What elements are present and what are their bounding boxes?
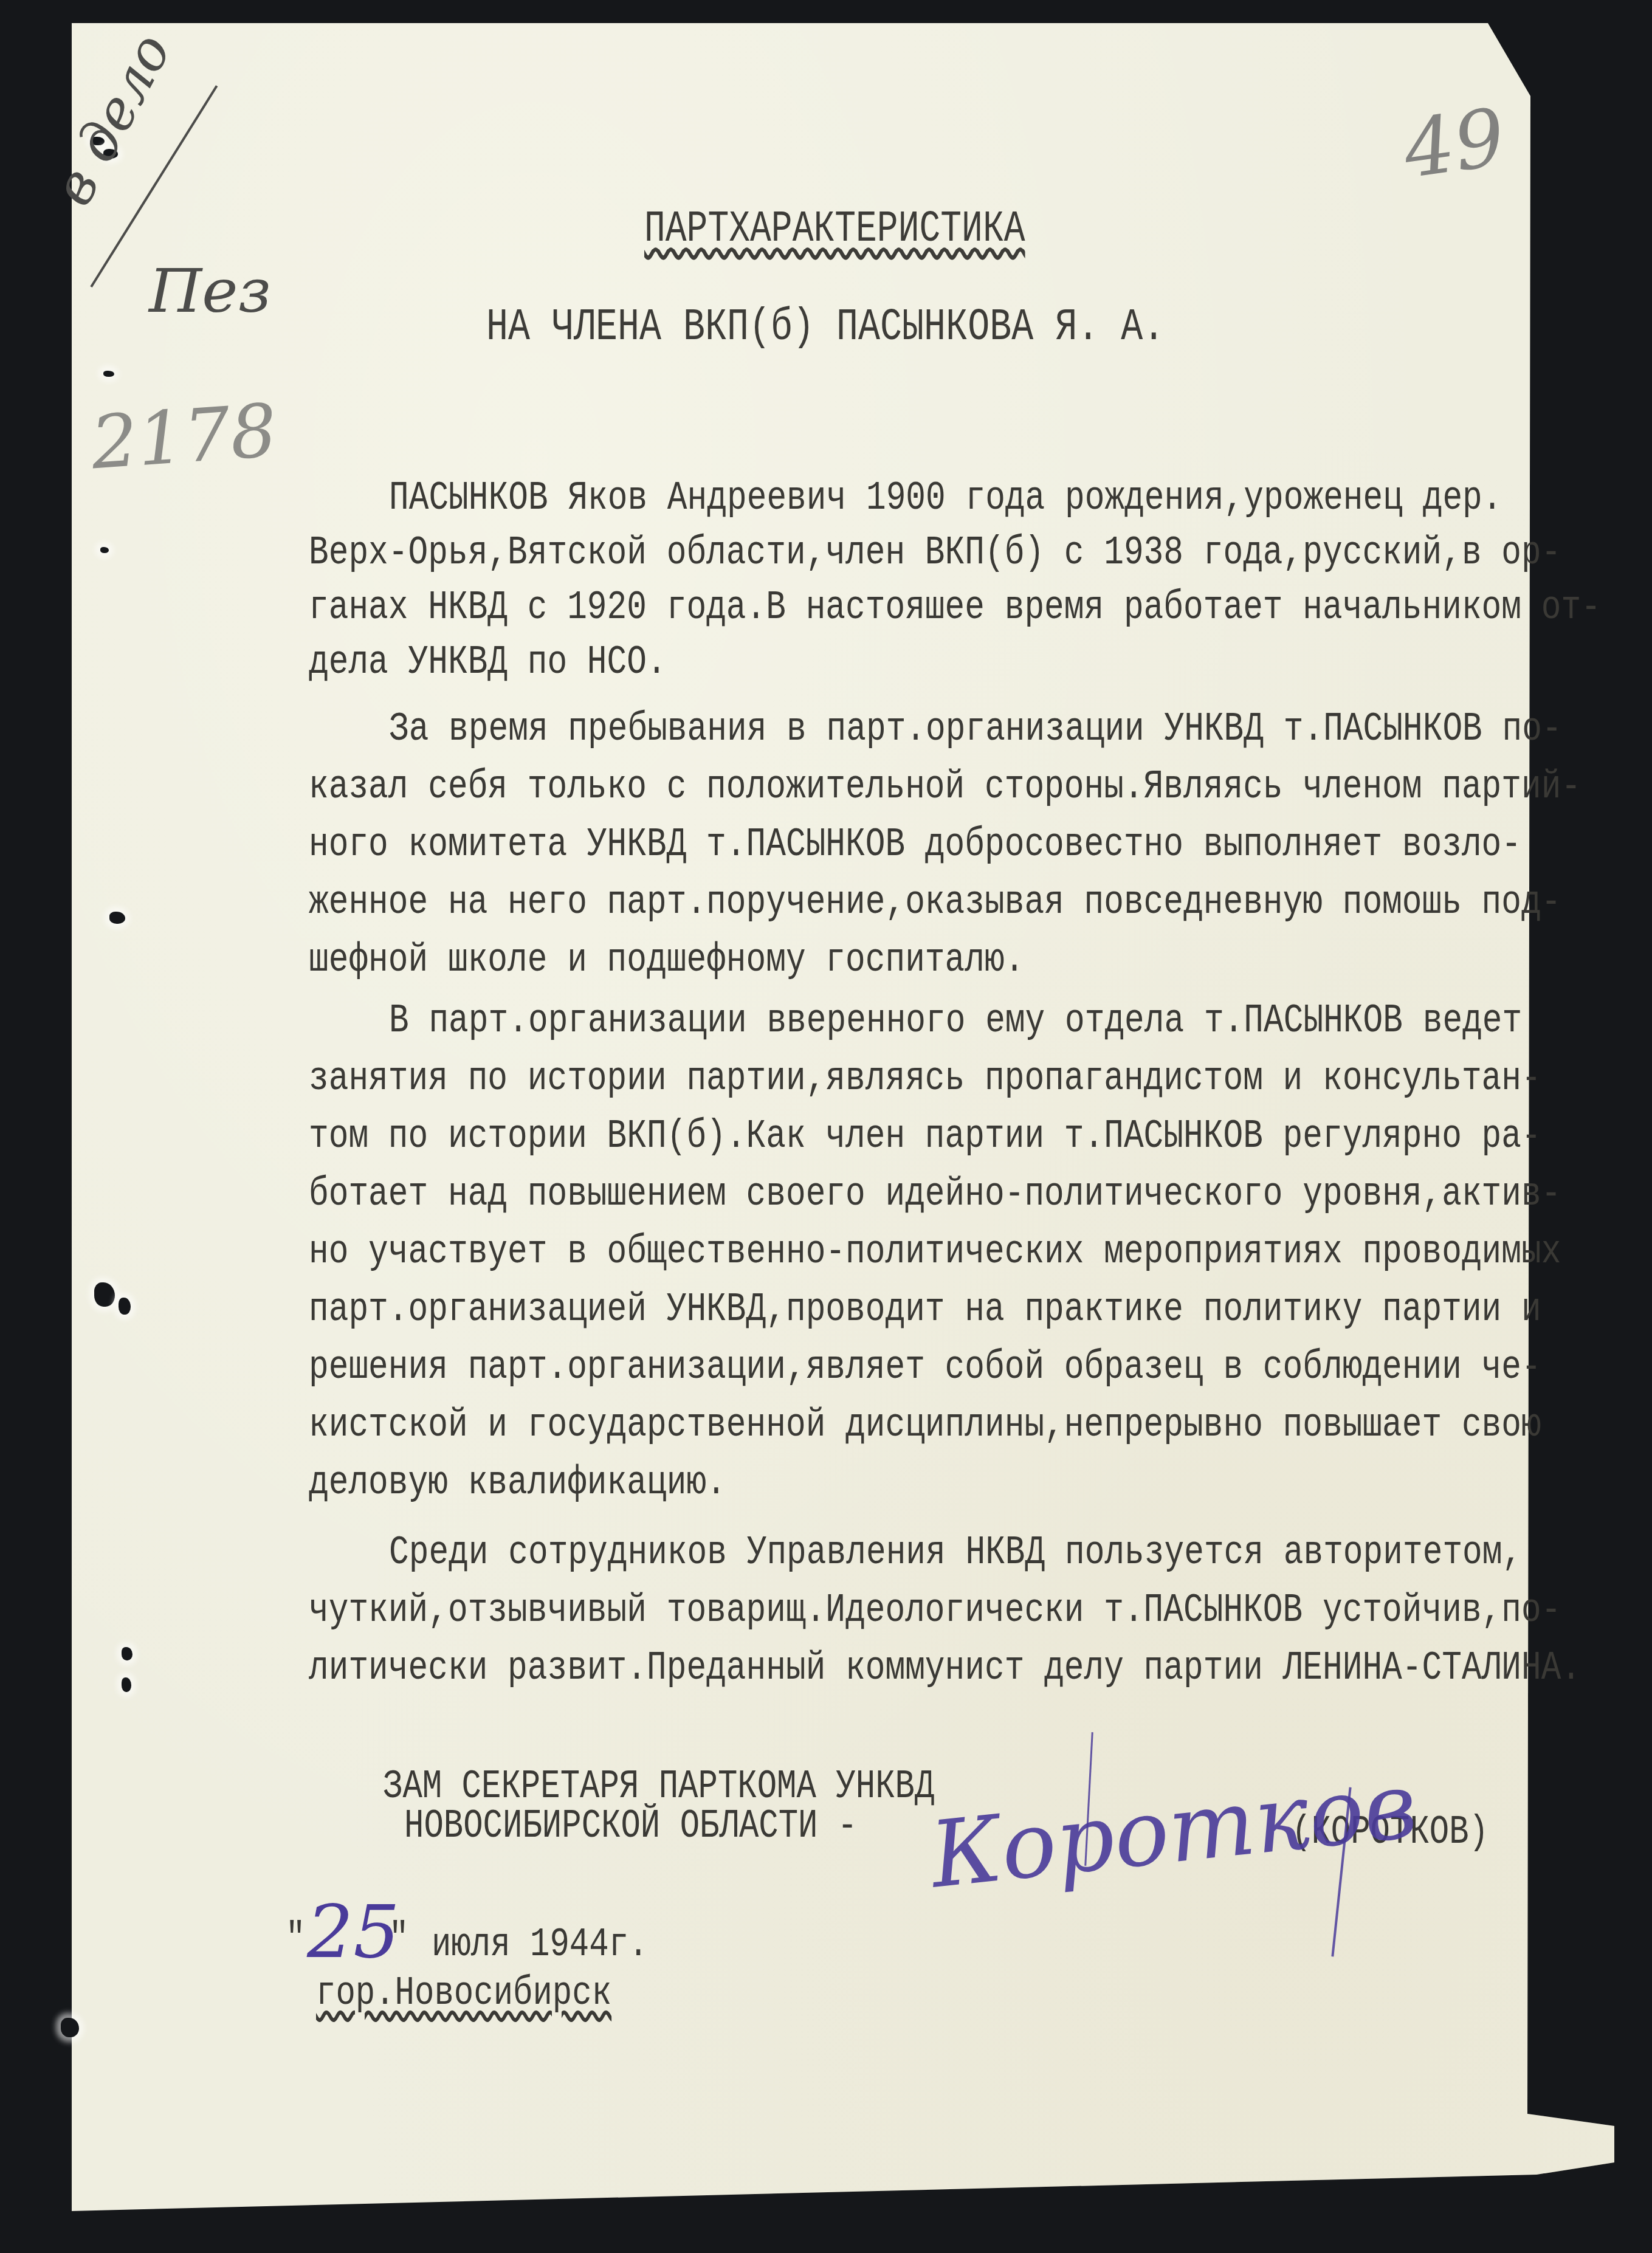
body-line: чуткий,отзывчивый товарищ.Идеологически … (309, 1588, 1561, 1633)
body-line: ганах НКВД с 1920 года.В настояшее время… (309, 585, 1601, 630)
body-line: ПАСЫНКОВ Яков Андреевич 1900 года рожден… (389, 476, 1502, 521)
body-line: За время пребывания в парт.организации У… (389, 707, 1562, 752)
signatory-title-line2: НОВОСИБИРСКОЙ ОБЛАСТИ - (404, 1804, 857, 1849)
binding-hole (109, 912, 125, 924)
body-line: В парт.организации вверенного ему отдела… (389, 999, 1522, 1044)
body-line: ботает над повышением своего идейно-поли… (309, 1172, 1561, 1217)
body-line: занятия по истории партии,являясь пропаг… (309, 1056, 1541, 1101)
body-line: казал себя только с положительной сторон… (309, 765, 1581, 810)
body-line: дела УНКВД по НСО. (309, 640, 667, 685)
body-line: Среди сотрудников Управления НКВД пользу… (389, 1530, 1522, 1575)
signatory-title-line1: ЗАМ СЕКРЕТАРЯ ПАРТКОМА УНКВД (383, 1764, 934, 1809)
body-line: Верх-Орья,Вятской области,член ВКП(б) с … (309, 531, 1561, 576)
date-close-quote: " (389, 1916, 408, 1961)
binding-hole (122, 1677, 131, 1692)
binding-hole (100, 547, 109, 553)
binding-hole (94, 1282, 115, 1307)
body-line: литически развит.Преданный коммунист дел… (309, 1646, 1581, 1691)
document-title: ПАРТХАРАКТЕРИСТИКА (644, 205, 1025, 254)
body-line: женное на него парт.поручение,оказывая п… (309, 880, 1561, 925)
binding-hole (61, 2018, 79, 2037)
body-line: ного комитета УНКВД т.ПАСЫНКОВ добросове… (309, 822, 1521, 867)
binding-hole (103, 371, 114, 377)
date-day-handwritten: 25 (307, 1890, 400, 1975)
binding-hole (119, 1298, 131, 1315)
binding-hole (122, 1647, 133, 1660)
date-month-year: июля 1944г. (432, 1922, 648, 1967)
page-number: 49 (1398, 91, 1510, 196)
body-line: парт.организацией УНКВД,проводит на прак… (309, 1287, 1541, 1332)
body-line: том по истории ВКП(б).Как член партии т.… (309, 1114, 1541, 1159)
body-line: но участвует в общественно-политических … (309, 1230, 1561, 1274)
body-line: деловую квалификацию. (309, 1460, 726, 1505)
body-line: кистской и государственной дисциплины,не… (309, 1403, 1541, 1448)
body-line: шефной школе и подшефному госпиталю. (309, 938, 1024, 983)
document-subtitle: НА ЧЛЕНА ВКП(б) ПАСЫНКОВА Я. А. (486, 302, 1165, 354)
body-line: решения парт.организации,являет собой об… (309, 1345, 1541, 1390)
archive-number: 2178 (89, 389, 280, 486)
date-open-quote: " (286, 1916, 305, 1961)
place-of-issue: гор.Новосибирск (316, 1971, 611, 2016)
margin-resolution-bottom: Пез (149, 255, 271, 326)
